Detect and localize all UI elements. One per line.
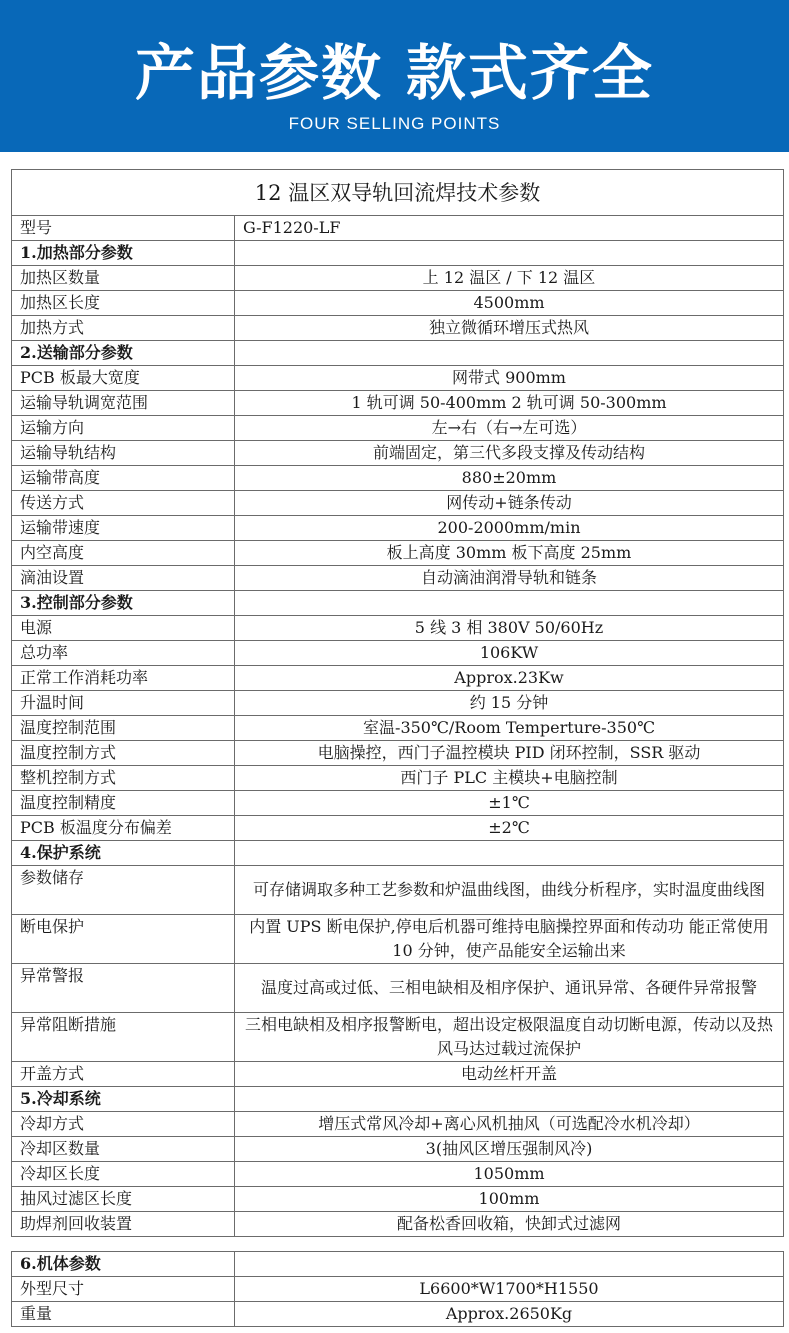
table-row: 外型尺寸L6600*W1700*H1550: [12, 1277, 784, 1302]
section-heading: 5.冷却系统: [12, 1087, 235, 1112]
row-label: 加热区长度: [12, 291, 235, 316]
table-row: 运输带速度200-2000mm/min: [12, 516, 784, 541]
table-row: 加热区数量上 12 温区 / 下 12 温区: [12, 266, 784, 291]
row-label: 断电保护: [12, 915, 235, 964]
table-row: 总功率106KW: [12, 641, 784, 666]
row-value: 4500mm: [235, 291, 784, 316]
row-label: 异常警报: [12, 964, 235, 1013]
section-heading-row: 2.送输部分参数: [12, 341, 784, 366]
row-value: 电脑操控，西门子温控模块 PID 闭环控制，SSR 驱动: [235, 741, 784, 766]
section-heading: 6.机体参数: [12, 1252, 235, 1277]
row-value: 板上高度 30mm 板下高度 25mm: [235, 541, 784, 566]
row-value: 106KW: [235, 641, 784, 666]
row-label: 冷却区长度: [12, 1162, 235, 1187]
row-value: 3(抽风区增压强制风冷): [235, 1137, 784, 1162]
row-label: 内空高度: [12, 541, 235, 566]
row-label: 温度控制范围: [12, 716, 235, 741]
table-row: 滴油设置自动滴油润滑导轨和链条: [12, 566, 784, 591]
row-value: 三相电缺相及相序报警断电，超出设定极限温度自动切断电源，传动以及热风马达过载过流…: [235, 1013, 784, 1062]
section-heading-row: 4.保护系统: [12, 841, 784, 866]
row-value: 网传动+链条传动: [235, 491, 784, 516]
section-heading: 4.保护系统: [12, 841, 235, 866]
row-value: 自动滴油润滑导轨和链条: [235, 566, 784, 591]
section-heading: 1.加热部分参数: [12, 241, 235, 266]
table-row: 运输导轨结构前端固定，第三代多段支撑及传动结构: [12, 441, 784, 466]
section-heading: 3.控制部分参数: [12, 591, 235, 616]
row-value: G-F1220-LF: [235, 216, 784, 241]
row-label: 运输导轨调宽范围: [12, 391, 235, 416]
table-row: 升温时间约 15 分钟: [12, 691, 784, 716]
row-label: 外型尺寸: [12, 1277, 235, 1302]
table-row: 冷却区长度1050mm: [12, 1162, 784, 1187]
section-heading-row: 5.冷却系统: [12, 1087, 784, 1112]
table-row: 正常工作消耗功率Approx.23Kw: [12, 666, 784, 691]
table-row: 冷却方式增压式常风冷却+离心风机抽风（可选配冷水机冷却）: [12, 1112, 784, 1137]
table-title-row: 12 温区双导轨回流焊技术参数: [12, 170, 784, 216]
body-params-table: 6.机体参数 外型尺寸L6600*W1700*H1550 重量Approx.26…: [11, 1251, 784, 1327]
row-label: 开盖方式: [12, 1062, 235, 1087]
row-label: 参数储存: [12, 866, 235, 915]
empty-cell: [235, 841, 784, 866]
row-value: 温度过高或过低、三相电缺相及相序保护、通讯异常、各硬件异常报警: [235, 964, 784, 1013]
row-label: 冷却区数量: [12, 1137, 235, 1162]
row-label: 温度控制精度: [12, 791, 235, 816]
row-value: 室温-350℃/Room Temperture-350℃: [235, 716, 784, 741]
row-label: 异常阻断措施: [12, 1013, 235, 1062]
table-title: 12 温区双导轨回流焊技术参数: [12, 170, 784, 216]
table-row: 传送方式网传动+链条传动: [12, 491, 784, 516]
row-value: 独立微循环增压式热风: [235, 316, 784, 341]
table-row: 加热区长度4500mm: [12, 291, 784, 316]
row-label: 加热区数量: [12, 266, 235, 291]
row-label: 电源: [12, 616, 235, 641]
empty-cell: [235, 1087, 784, 1112]
row-value: Approx.2650Kg: [235, 1302, 784, 1327]
table-row: 运输导轨调宽范围1 轨可调 50-400mm 2 轨可调 50-300mm: [12, 391, 784, 416]
row-value: 1 轨可调 50-400mm 2 轨可调 50-300mm: [235, 391, 784, 416]
spec-table: 12 温区双导轨回流焊技术参数 型号 G-F1220-LF 1.加热部分参数 加…: [11, 169, 784, 1237]
row-value: 880±20mm: [235, 466, 784, 491]
row-label: 运输方向: [12, 416, 235, 441]
row-value: 网带式 900mm: [235, 366, 784, 391]
table-row: 重量Approx.2650Kg: [12, 1302, 784, 1327]
row-value: ±2℃: [235, 816, 784, 841]
row-value: 增压式常风冷却+离心风机抽风（可选配冷水机冷却）: [235, 1112, 784, 1137]
row-label: 滴油设置: [12, 566, 235, 591]
row-value: 5 线 3 相 380V 50/60Hz: [235, 616, 784, 641]
table-row: 参数储存可存储调取多种工艺参数和炉温曲线图，曲线分析程序，实时温度曲线图: [12, 866, 784, 915]
table-row: PCB 板最大宽度网带式 900mm: [12, 366, 784, 391]
table-row: 冷却区数量3(抽风区增压强制风冷): [12, 1137, 784, 1162]
row-label: 整机控制方式: [12, 766, 235, 791]
section-heading-row: 1.加热部分参数: [12, 241, 784, 266]
row-label: 传送方式: [12, 491, 235, 516]
row-label: PCB 板温度分布偏差: [12, 816, 235, 841]
table-row: 温度控制方式电脑操控，西门子温控模块 PID 闭环控制，SSR 驱动: [12, 741, 784, 766]
banner-title: 产品参数 款式齐全: [0, 38, 789, 110]
empty-cell: [235, 1252, 784, 1277]
row-value: 西门子 PLC 主模块+电脑控制: [235, 766, 784, 791]
table-row: 温度控制精度±1℃: [12, 791, 784, 816]
table-row: 整机控制方式西门子 PLC 主模块+电脑控制: [12, 766, 784, 791]
row-value: 200-2000mm/min: [235, 516, 784, 541]
table-row: 抽风过滤区长度100mm: [12, 1187, 784, 1212]
table-row: 异常阻断措施三相电缺相及相序报警断电，超出设定极限温度自动切断电源，传动以及热风…: [12, 1013, 784, 1062]
section-heading: 2.送输部分参数: [12, 341, 235, 366]
empty-cell: [235, 591, 784, 616]
empty-cell: [235, 241, 784, 266]
table-row: 开盖方式电动丝杆开盖: [12, 1062, 784, 1087]
row-label: 升温时间: [12, 691, 235, 716]
row-value: Approx.23Kw: [235, 666, 784, 691]
row-label: 总功率: [12, 641, 235, 666]
row-label: 助焊剂回收装置: [12, 1212, 235, 1237]
table-row: 助焊剂回收装置配备松香回收箱，快卸式过滤网: [12, 1212, 784, 1237]
row-value: L6600*W1700*H1550: [235, 1277, 784, 1302]
row-value: 100mm: [235, 1187, 784, 1212]
row-label: 运输导轨结构: [12, 441, 235, 466]
row-value: 1050mm: [235, 1162, 784, 1187]
row-label: 加热方式: [12, 316, 235, 341]
section-heading-row: 6.机体参数: [12, 1252, 784, 1277]
table-row: 内空高度板上高度 30mm 板下高度 25mm: [12, 541, 784, 566]
section-heading-row: 3.控制部分参数: [12, 591, 784, 616]
row-label: 温度控制方式: [12, 741, 235, 766]
row-label: 正常工作消耗功率: [12, 666, 235, 691]
row-value: 上 12 温区 / 下 12 温区: [235, 266, 784, 291]
row-value: 电动丝杆开盖: [235, 1062, 784, 1087]
table-row: 温度控制范围室温-350℃/Room Temperture-350℃: [12, 716, 784, 741]
table-row: PCB 板温度分布偏差±2℃: [12, 816, 784, 841]
row-value: 配备松香回收箱，快卸式过滤网: [235, 1212, 784, 1237]
table-row: 电源5 线 3 相 380V 50/60Hz: [12, 616, 784, 641]
table-row: 运输方向左→右（右→左可选）: [12, 416, 784, 441]
row-value: 左→右（右→左可选）: [235, 416, 784, 441]
table-row: 断电保护内置 UPS 断电保护,停电后机器可维持电脑操控界面和传动功 能正常使用…: [12, 915, 784, 964]
row-value: 约 15 分钟: [235, 691, 784, 716]
row-value: 前端固定，第三代多段支撑及传动结构: [235, 441, 784, 466]
row-value: 内置 UPS 断电保护,停电后机器可维持电脑操控界面和传动功 能正常使用 10 …: [235, 915, 784, 964]
table-row: 加热方式独立微循环增压式热风: [12, 316, 784, 341]
row-label: 运输带高度: [12, 466, 235, 491]
header-banner: 产品参数 款式齐全 FOUR SELLING POINTS: [0, 0, 789, 152]
row-label: 重量: [12, 1302, 235, 1327]
row-label: 型号: [12, 216, 235, 241]
empty-cell: [235, 341, 784, 366]
table-row: 型号 G-F1220-LF: [12, 216, 784, 241]
row-value: ±1℃: [235, 791, 784, 816]
table-row: 运输带高度880±20mm: [12, 466, 784, 491]
row-label: 冷却方式: [12, 1112, 235, 1137]
banner-subtitle: FOUR SELLING POINTS: [0, 112, 789, 136]
row-label: PCB 板最大宽度: [12, 366, 235, 391]
row-label: 抽风过滤区长度: [12, 1187, 235, 1212]
table-row: 异常警报温度过高或过低、三相电缺相及相序保护、通讯异常、各硬件异常报警: [12, 964, 784, 1013]
row-label: 运输带速度: [12, 516, 235, 541]
row-value: 可存储调取多种工艺参数和炉温曲线图，曲线分析程序，实时温度曲线图: [235, 866, 784, 915]
